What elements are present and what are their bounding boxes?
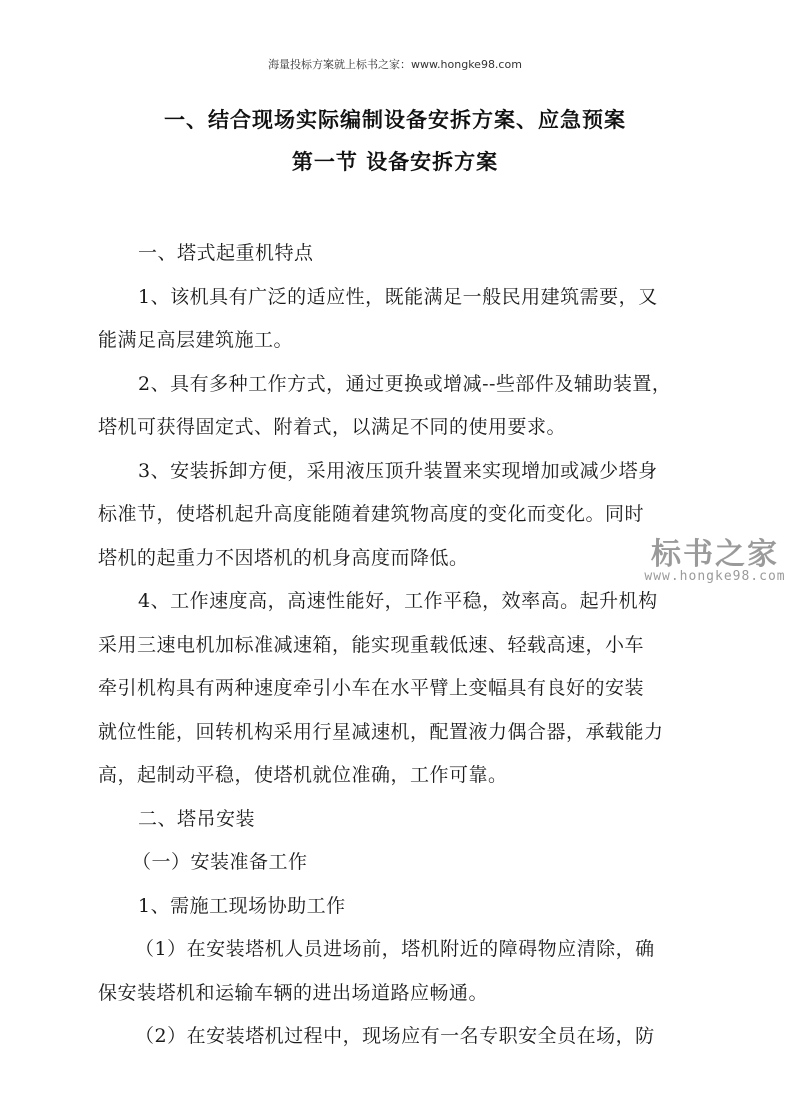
paragraph-line: 3、安装拆卸方便，采用液压顶升装置来实现增加或减少塔身 bbox=[138, 456, 658, 483]
paragraph-line: 标准节，使塔机起升高度能随着建筑物高度的变化而变化。同时 bbox=[98, 499, 644, 526]
subheading-preparation: （一）安装准备工作 bbox=[132, 847, 308, 874]
paragraph-line: 能满足高层建筑施工。 bbox=[98, 325, 293, 352]
paragraph-line: 就位性能，回转机构采用行星减速机，配置液力偶合器，承载能力 bbox=[98, 717, 664, 744]
paragraph-line: 采用三速电机加标准减速箱，能实现重载低速、轻载高速，小车 bbox=[98, 630, 644, 657]
section-title: 第一节 设备安拆方案 bbox=[0, 146, 790, 176]
watermark-logo: 标书之家 www.hongke98.com bbox=[640, 529, 790, 584]
subheading-site-assistance: 1、需施工现场协助工作 bbox=[138, 891, 346, 918]
paragraph-line: （1）在安装塔机人员进场前，塔机附近的障碍物应清除，确 bbox=[135, 934, 655, 961]
document-title: 一、结合现场实际编制设备安拆方案、应急预案 bbox=[0, 104, 790, 134]
paragraph-line: 4、工作速度高，高速性能好，工作平稳，效率高。起升机构 bbox=[138, 586, 658, 613]
watermark-title: 标书之家 bbox=[640, 529, 790, 573]
heading-tower-crane-features: 一、塔式起重机特点 bbox=[138, 238, 314, 265]
page-header-ad: 海量投标方案就上标书之家：www.hongke98.com bbox=[0, 56, 790, 72]
paragraph-line: 1、该机具有广泛的适应性，既能满足一般民用建筑需要，又 bbox=[138, 282, 658, 309]
paragraph-line: 塔机的起重力不因塔机的机身高度而降低。 bbox=[98, 543, 469, 570]
heading-tower-installation: 二、塔吊安装 bbox=[138, 804, 255, 831]
paragraph-line: 牵引机构具有两种速度牵引小车在水平臂上变幅具有良好的安装 bbox=[98, 673, 644, 700]
paragraph-line: 塔机可获得固定式、附着式，以满足不同的使用要求。 bbox=[98, 412, 566, 439]
paragraph-line: 高，起制动平稳，使塔机就位准确，工作可靠。 bbox=[98, 760, 508, 787]
paragraph-line: 2、具有多种工作方式，通过更换或增减--些部件及辅助装置， bbox=[138, 369, 671, 396]
paragraph-line: 保安装塔机和运输车辆的进出场道路应畅通。 bbox=[98, 978, 488, 1005]
paragraph-line: （2）在安装塔机过程中，现场应有一名专职安全员在场，防 bbox=[135, 1021, 655, 1048]
watermark-url: www.hongke98.com bbox=[640, 569, 790, 584]
